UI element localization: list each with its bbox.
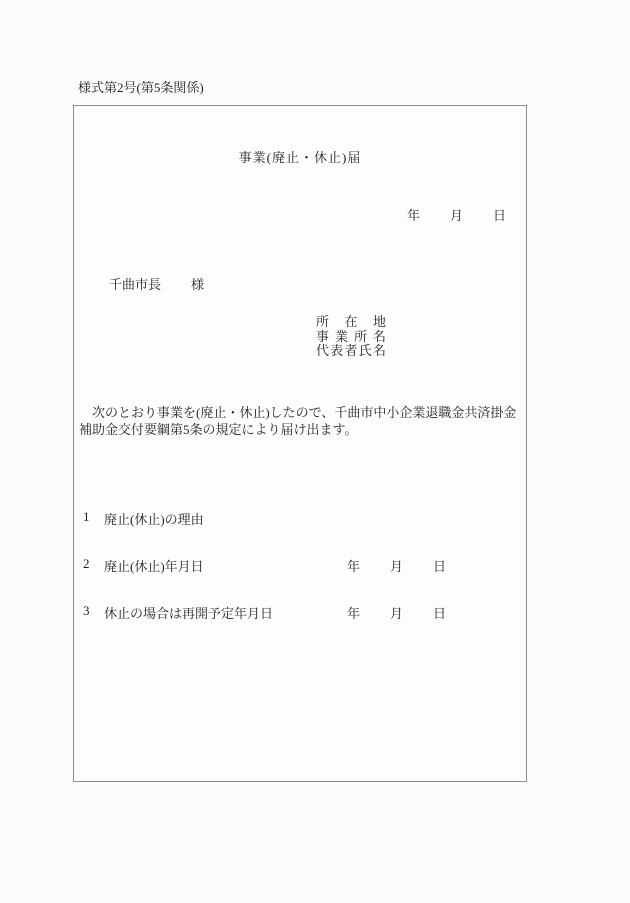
- date-month-label: 月: [450, 205, 463, 224]
- item-2-year-label: 年: [347, 556, 360, 575]
- form-number-label: 様式第2号(第5条関係): [78, 80, 204, 96]
- form-title: 事業(廃止・休止)届: [74, 147, 526, 166]
- submission-date-line: 年 月 日: [407, 205, 506, 224]
- item-2-day-label: 日: [433, 556, 446, 575]
- item-reason-row: 1 廃止(休止)の理由: [74, 509, 526, 527]
- document-page: 様式第2号(第5条関係) 事業(廃止・休止)届 年 月 日 千曲市長 様 所在地…: [0, 0, 630, 903]
- item-1-label: 廃止(休止)の理由: [104, 509, 204, 528]
- addressee-recipient: 千曲市長: [109, 274, 161, 293]
- addressee-line: 千曲市長 様: [109, 274, 204, 293]
- item-3-date-line: 年 月 日: [347, 603, 446, 622]
- item-3-year-label: 年: [347, 603, 360, 622]
- form-border-box: 事業(廃止・休止)届 年 月 日 千曲市長 様 所在地 事業所名 代表者氏名 次…: [73, 105, 527, 782]
- applicant-representative-label: 代表者氏名: [316, 344, 386, 359]
- item-2-date-line: 年 月 日: [347, 556, 446, 575]
- body-paragraph: 次のとおり事業を(廃止・休止)したので、千曲市中小企業退職金共済掛金 補助金交付…: [79, 404, 527, 438]
- date-year-label: 年: [407, 205, 420, 224]
- applicant-location-label: 所在地: [316, 315, 386, 330]
- applicant-fields-block: 所在地 事業所名 代表者氏名: [316, 315, 386, 359]
- item-3-month-label: 月: [390, 603, 403, 622]
- body-paragraph-line-1: 次のとおり事業を(廃止・休止)したので、千曲市中小企業退職金共済掛金: [79, 404, 527, 421]
- item-2-month-label: 月: [390, 556, 403, 575]
- item-2-number: 2: [83, 556, 90, 572]
- item-3-day-label: 日: [433, 603, 446, 622]
- item-closure-date-row: 2 廃止(休止)年月日 年 月 日: [74, 556, 526, 574]
- item-3-label: 休止の場合は再開予定年月日: [104, 603, 273, 622]
- date-day-label: 日: [493, 205, 506, 224]
- body-paragraph-line-2: 補助金交付要綱第5条の規定により届け出ます。: [79, 421, 527, 438]
- item-1-number: 1: [83, 509, 90, 525]
- addressee-honorific: 様: [191, 274, 204, 293]
- applicant-office-name-label: 事業所名: [316, 330, 386, 345]
- item-restart-date-row: 3 休止の場合は再開予定年月日 年 月 日: [74, 603, 526, 621]
- item-3-number: 3: [83, 603, 90, 619]
- item-2-label: 廃止(休止)年月日: [104, 556, 204, 575]
